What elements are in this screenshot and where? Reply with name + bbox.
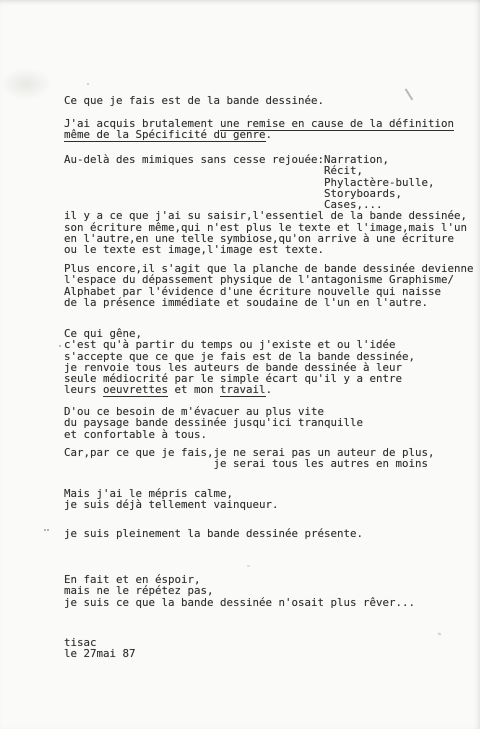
text-segment: et mon [168,383,220,396]
presence-line: je suis pleinement la bande dessinée pré… [64,528,363,539]
text-line: ou le texte est image,l'image est texte. [64,244,467,255]
underlined-text: même de la Spécificité du genre [64,128,266,142]
text-segment: le 27mai 87 [64,647,136,660]
text-line: je suis pleinement la bande dessinée pré… [64,528,363,539]
text-segment: de la présence immédiate et soudaine de … [64,296,428,309]
text-segment: je suis ce que la bande dessinée n'osait… [64,596,415,609]
text-segment: . [266,128,273,141]
text-segment: ou le texte est image,l'image est texte. [64,243,324,256]
text-line: et confortable à tous. [64,429,363,440]
typewritten-text: Ce que je fais est de la bande dessinée.… [0,0,480,729]
text-segment: je serai tous les autres en moins [64,457,428,470]
text-segment: Ce que je fais est de la bande dessinée. [64,94,324,107]
document-page: Ce que je fais est de la bande dessinée.… [0,0,480,729]
planche-paragraph: Plus encore,il s'agit que la planche de … [64,263,474,308]
espoir-paragraph: En fait et en éspoir,mais ne le répétez … [64,574,415,608]
car-paragraph: Car,par ce que je fais,je ne serai pas u… [64,447,435,470]
text-line: de la présence immédiate et soudaine de … [64,297,474,308]
underlined-text: oeuvrettes [103,383,168,397]
text-line: je suis déjà tellement vainqueur. [64,499,279,510]
text-segment: je suis pleinement la bande dessinée pré… [64,527,363,540]
text-line: Ce que je fais est de la bande dessinée. [64,95,324,106]
opening-statement: Ce que je fais est de la bande dessinée. [64,95,324,106]
gene-paragraph: Ce qui gêne,c'est qu'à partir du temps o… [64,328,415,396]
signature-block: tisacle 27mai 87 [64,637,136,660]
text-line: leurs oeuvrettes et mon travail. [64,384,415,395]
text-segment: et confortable à tous. [64,428,207,441]
underlined-text: travail [220,383,266,397]
mimiques-list-paragraph: Au-delà des mimiques sans cesse rejouée:… [64,154,467,256]
definition-statement: J'ai acquis brutalement une remise en ca… [64,118,454,141]
text-segment: . [266,383,273,396]
text-line: je suis ce que la bande dessinée n'osait… [64,597,415,608]
mepris-paragraph: Mais j'ai le mépris calme,je suis déjà t… [64,488,279,511]
text-line: le 27mai 87 [64,648,136,659]
evacuation-paragraph: D'ou ce besoin de m'évacuer au plus vite… [64,406,363,440]
text-segment: leurs [64,383,103,396]
text-segment: je suis déjà tellement vainqueur. [64,498,279,511]
text-line: je serai tous les autres en moins [64,458,435,469]
